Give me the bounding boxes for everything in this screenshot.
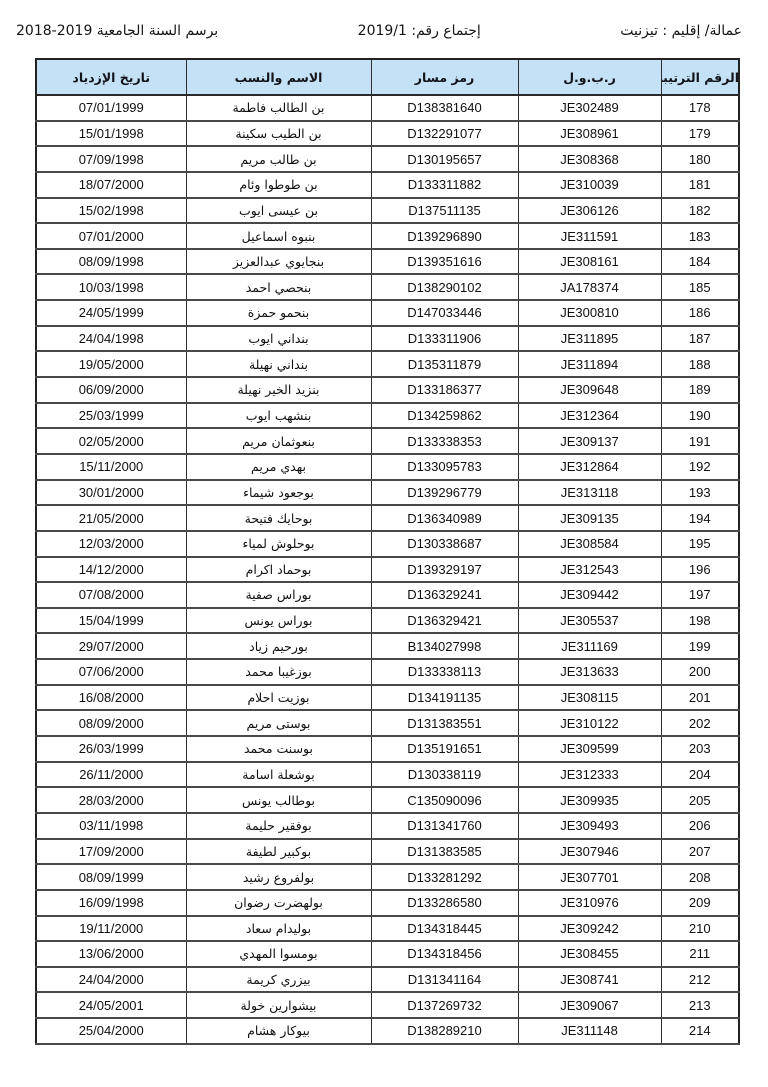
cell-cne-code: JE312333 xyxy=(518,762,661,788)
cell-sequence-number: 195 xyxy=(661,531,739,557)
cell-massar-code: D137269732 xyxy=(371,992,518,1018)
table-row: 188JE311894D135311879بنداني نهيلة19/05/2… xyxy=(36,351,739,377)
table-row: 181JE310039D133311882بن طوطوا وئام18/07/… xyxy=(36,172,739,198)
table-row: 194JE309135D136340989بوحايك فتيحة21/05/2… xyxy=(36,505,739,531)
cell-sequence-number: 208 xyxy=(661,864,739,890)
cell-birth-date: 14/12/2000 xyxy=(36,557,186,583)
cell-student-name: بوكبير لطيفة xyxy=(186,839,371,865)
cell-massar-code: D130195657 xyxy=(371,146,518,172)
cell-sequence-number: 178 xyxy=(661,95,739,121)
cell-massar-code: D139296779 xyxy=(371,480,518,506)
table-row: 212JE308741D131341164بيزري كريمة24/04/20… xyxy=(36,967,739,993)
cell-birth-date: 07/01/2000 xyxy=(36,223,186,249)
cell-sequence-number: 209 xyxy=(661,890,739,916)
table-row: 197JE309442D136329241بوراس صفية07/08/200… xyxy=(36,582,739,608)
cell-birth-date: 15/02/1998 xyxy=(36,198,186,224)
cell-cne-code: JE311169 xyxy=(518,633,661,659)
table-row: 205JE309935C135090096بوطالب يونس28/03/20… xyxy=(36,787,739,813)
cell-massar-code: D147033446 xyxy=(371,300,518,326)
cell-birth-date: 03/11/1998 xyxy=(36,813,186,839)
cell-cne-code: JE312364 xyxy=(518,403,661,429)
cell-massar-code: D134259862 xyxy=(371,403,518,429)
cell-massar-code: D130338687 xyxy=(371,531,518,557)
cell-sequence-number: 188 xyxy=(661,351,739,377)
cell-student-name: بن الطيب سكينة xyxy=(186,121,371,147)
cell-cne-code: JE308741 xyxy=(518,967,661,993)
cell-sequence-number: 196 xyxy=(661,557,739,583)
cell-birth-date: 24/05/2001 xyxy=(36,992,186,1018)
cell-sequence-number: 186 xyxy=(661,300,739,326)
table-head: الرقم الترتيبير.ب.و.لرمز مسارالاسم والنس… xyxy=(36,59,739,95)
cell-birth-date: 10/03/1998 xyxy=(36,274,186,300)
table-body: 178JE302489D138381640بن الطالب فاطمة07/0… xyxy=(36,95,739,1044)
meeting-number-label: إجتماع رقم: 2019/1 xyxy=(358,22,481,40)
column-header: رمز مسار xyxy=(371,59,518,95)
table-row: 193JE313118D139296779بوجعود شيماء30/01/2… xyxy=(36,480,739,506)
cell-sequence-number: 197 xyxy=(661,582,739,608)
cell-massar-code: D133186377 xyxy=(371,377,518,403)
cell-student-name: بوحلوش لمياء xyxy=(186,531,371,557)
cell-cne-code: JE308961 xyxy=(518,121,661,147)
cell-sequence-number: 204 xyxy=(661,762,739,788)
cell-sequence-number: 187 xyxy=(661,326,739,352)
cell-cne-code: JE312864 xyxy=(518,454,661,480)
table-row: 187JE311895D133311906بنداني ايوب24/04/19… xyxy=(36,326,739,352)
cell-cne-code: JE308161 xyxy=(518,249,661,275)
cell-sequence-number: 193 xyxy=(661,480,739,506)
cell-student-name: بوسنت محمد xyxy=(186,736,371,762)
table-row: 183JE311591D139296890بنبوه اسماعيل07/01/… xyxy=(36,223,739,249)
cell-birth-date: 18/07/2000 xyxy=(36,172,186,198)
cell-birth-date: 24/04/2000 xyxy=(36,967,186,993)
cell-birth-date: 19/05/2000 xyxy=(36,351,186,377)
table-row: 189JE309648D133186377بنزيد الخير نهيلة06… xyxy=(36,377,739,403)
table-row: 186JE300810D147033446بنحمو حمزة24/05/199… xyxy=(36,300,739,326)
cell-birth-date: 16/09/1998 xyxy=(36,890,186,916)
cell-cne-code: JE305537 xyxy=(518,608,661,634)
table-row: 206JE309493D131341760بوفقير حليمة03/11/1… xyxy=(36,813,739,839)
cell-student-name: بن عيسى ايوب xyxy=(186,198,371,224)
cell-sequence-number: 180 xyxy=(661,146,739,172)
cell-cne-code: JE313118 xyxy=(518,480,661,506)
cell-cne-code: JE309935 xyxy=(518,787,661,813)
cell-cne-code: JE309067 xyxy=(518,992,661,1018)
table-row: 214JE311148D138289210بيوكار هشام25/04/20… xyxy=(36,1018,739,1044)
cell-student-name: بنعوثمان مريم xyxy=(186,428,371,454)
cell-birth-date: 12/03/2000 xyxy=(36,531,186,557)
cell-student-name: بوفقير حليمة xyxy=(186,813,371,839)
cell-birth-date: 08/09/2000 xyxy=(36,710,186,736)
table-row: 180JE308368D130195657بن طالب مريم07/09/1… xyxy=(36,146,739,172)
table-row: 192JE312864D133095783بهدي مريم15/11/2000 xyxy=(36,454,739,480)
cell-massar-code: D131341760 xyxy=(371,813,518,839)
table-row: 198JE305537D136329421بوراس يونس15/04/199… xyxy=(36,608,739,634)
cell-sequence-number: 214 xyxy=(661,1018,739,1044)
cell-cne-code: JE313633 xyxy=(518,659,661,685)
cell-birth-date: 30/01/2000 xyxy=(36,480,186,506)
cell-student-name: بومسوا المهدي xyxy=(186,941,371,967)
cell-sequence-number: 194 xyxy=(661,505,739,531)
cell-student-name: بوجعود شيماء xyxy=(186,480,371,506)
cell-cne-code: JE309242 xyxy=(518,916,661,942)
cell-student-name: بيزري كريمة xyxy=(186,967,371,993)
table-row: 195JE308584D130338687بوحلوش لمياء12/03/2… xyxy=(36,531,739,557)
cell-cne-code: JE310976 xyxy=(518,890,661,916)
table-row: 207JE307946D131383585بوكبير لطيفة17/09/2… xyxy=(36,839,739,865)
cell-sequence-number: 198 xyxy=(661,608,739,634)
cell-massar-code: D135191651 xyxy=(371,736,518,762)
cell-birth-date: 16/08/2000 xyxy=(36,685,186,711)
cell-student-name: بن طالب مريم xyxy=(186,146,371,172)
cell-cne-code: JE308455 xyxy=(518,941,661,967)
column-header: تاريخ الإزدياد xyxy=(36,59,186,95)
cell-massar-code: D131383585 xyxy=(371,839,518,865)
academic-year-label: برسم السنة الجامعية 2019-2018 xyxy=(16,22,218,40)
cell-birth-date: 07/06/2000 xyxy=(36,659,186,685)
cell-sequence-number: 182 xyxy=(661,198,739,224)
cell-massar-code: D139329197 xyxy=(371,557,518,583)
cell-massar-code: D138290102 xyxy=(371,274,518,300)
cell-sequence-number: 185 xyxy=(661,274,739,300)
table-row: 201JE308115D134191135بوزيت احلام16/08/20… xyxy=(36,685,739,711)
table-row: 178JE302489D138381640بن الطالب فاطمة07/0… xyxy=(36,95,739,121)
cell-cne-code: JA178374 xyxy=(518,274,661,300)
cell-massar-code: D133338113 xyxy=(371,659,518,685)
cell-massar-code: D138381640 xyxy=(371,95,518,121)
cell-massar-code: D131383551 xyxy=(371,710,518,736)
cell-student-name: بنحمو حمزة xyxy=(186,300,371,326)
cell-cne-code: JE312543 xyxy=(518,557,661,583)
cell-student-name: بولفروع رشيد xyxy=(186,864,371,890)
column-header: ر.ب.و.ل xyxy=(518,59,661,95)
cell-massar-code: D133095783 xyxy=(371,454,518,480)
cell-student-name: بوراس يونس xyxy=(186,608,371,634)
cell-cne-code: JE310122 xyxy=(518,710,661,736)
page-header: عمالة/ إقليم : تيزنيت إجتماع رقم: 2019/1… xyxy=(0,0,768,40)
cell-student-name: بوحماد اكرام xyxy=(186,557,371,583)
cell-massar-code: D133311906 xyxy=(371,326,518,352)
table-row: 204JE312333D130338119بوشعلة اسامة26/11/2… xyxy=(36,762,739,788)
cell-cne-code: JE311591 xyxy=(518,223,661,249)
cell-student-name: بوستى مريم xyxy=(186,710,371,736)
cell-sequence-number: 181 xyxy=(661,172,739,198)
cell-birth-date: 24/04/1998 xyxy=(36,326,186,352)
cell-sequence-number: 201 xyxy=(661,685,739,711)
cell-student-name: بنبوه اسماعيل xyxy=(186,223,371,249)
cell-birth-date: 15/04/1999 xyxy=(36,608,186,634)
cell-student-name: بنداني ايوب xyxy=(186,326,371,352)
cell-massar-code: D139351616 xyxy=(371,249,518,275)
table-row: 184JE308161D139351616بنجايوي عبدالعزيز08… xyxy=(36,249,739,275)
cell-sequence-number: 183 xyxy=(661,223,739,249)
cell-sequence-number: 189 xyxy=(661,377,739,403)
cell-birth-date: 15/01/1998 xyxy=(36,121,186,147)
cell-massar-code: D134318445 xyxy=(371,916,518,942)
table-row: 211JE308455D134318456بومسوا المهدي13/06/… xyxy=(36,941,739,967)
cell-sequence-number: 211 xyxy=(661,941,739,967)
table-row: 208JE307701D133281292بولفروع رشيد08/09/1… xyxy=(36,864,739,890)
cell-cne-code: JE309137 xyxy=(518,428,661,454)
cell-cne-code: JE309442 xyxy=(518,582,661,608)
table-row: 203JE309599D135191651بوسنت محمد26/03/199… xyxy=(36,736,739,762)
cell-sequence-number: 212 xyxy=(661,967,739,993)
cell-cne-code: JE311894 xyxy=(518,351,661,377)
table-row: 209JE310976D133286580بولهضرت رضوان16/09/… xyxy=(36,890,739,916)
table-row: 179JE308961D132291077بن الطيب سكينة15/01… xyxy=(36,121,739,147)
cell-cne-code: JE300810 xyxy=(518,300,661,326)
cell-sequence-number: 206 xyxy=(661,813,739,839)
cell-sequence-number: 210 xyxy=(661,916,739,942)
cell-cne-code: JE309648 xyxy=(518,377,661,403)
cell-massar-code: D136340989 xyxy=(371,505,518,531)
table-row: 200JE313633D133338113بوزغيبا محمد07/06/2… xyxy=(36,659,739,685)
cell-massar-code: D133338353 xyxy=(371,428,518,454)
table-row: 185JA178374D138290102بنحصي احمد10/03/199… xyxy=(36,274,739,300)
cell-birth-date: 24/05/1999 xyxy=(36,300,186,326)
cell-massar-code: D133286580 xyxy=(371,890,518,916)
table-row: 190JE312364D134259862بنشهب ايوب25/03/199… xyxy=(36,403,739,429)
cell-cne-code: JE308368 xyxy=(518,146,661,172)
table-row: 199JE311169B134027998بورحيم زياد29/07/20… xyxy=(36,633,739,659)
table-header-row: الرقم الترتيبير.ب.و.لرمز مسارالاسم والنس… xyxy=(36,59,739,95)
cell-student-name: بن الطالب فاطمة xyxy=(186,95,371,121)
cell-cne-code: JE309135 xyxy=(518,505,661,531)
cell-student-name: بنداني نهيلة xyxy=(186,351,371,377)
cell-sequence-number: 184 xyxy=(661,249,739,275)
cell-massar-code: D136329241 xyxy=(371,582,518,608)
cell-birth-date: 29/07/2000 xyxy=(36,633,186,659)
cell-sequence-number: 190 xyxy=(661,403,739,429)
cell-massar-code: D133311882 xyxy=(371,172,518,198)
cell-birth-date: 25/04/2000 xyxy=(36,1018,186,1044)
cell-student-name: بوراس صفية xyxy=(186,582,371,608)
cell-massar-code: C135090096 xyxy=(371,787,518,813)
cell-birth-date: 19/11/2000 xyxy=(36,916,186,942)
cell-student-name: بوليدام سعاد xyxy=(186,916,371,942)
cell-sequence-number: 191 xyxy=(661,428,739,454)
cell-student-name: بوطالب يونس xyxy=(186,787,371,813)
table-row: 213JE309067D137269732بيشوارين خولة24/05/… xyxy=(36,992,739,1018)
cell-student-name: بوشعلة اسامة xyxy=(186,762,371,788)
cell-student-name: بنجايوي عبدالعزيز xyxy=(186,249,371,275)
table-row: 191JE309137D133338353بنعوثمان مريم02/05/… xyxy=(36,428,739,454)
cell-sequence-number: 203 xyxy=(661,736,739,762)
cell-birth-date: 26/03/1999 xyxy=(36,736,186,762)
cell-sequence-number: 202 xyxy=(661,710,739,736)
cell-student-name: بوزيت احلام xyxy=(186,685,371,711)
cell-birth-date: 17/09/2000 xyxy=(36,839,186,865)
cell-birth-date: 13/06/2000 xyxy=(36,941,186,967)
cell-birth-date: 07/09/1998 xyxy=(36,146,186,172)
cell-sequence-number: 179 xyxy=(661,121,739,147)
cell-massar-code: D135311879 xyxy=(371,351,518,377)
cell-birth-date: 21/05/2000 xyxy=(36,505,186,531)
cell-massar-code: D137511135 xyxy=(371,198,518,224)
cell-cne-code: JE302489 xyxy=(518,95,661,121)
cell-student-name: بيشوارين خولة xyxy=(186,992,371,1018)
cell-birth-date: 25/03/1999 xyxy=(36,403,186,429)
cell-cne-code: JE311895 xyxy=(518,326,661,352)
table-row: 202JE310122D131383551بوستى مريم08/09/200… xyxy=(36,710,739,736)
cell-massar-code: D134318456 xyxy=(371,941,518,967)
cell-student-name: بوحايك فتيحة xyxy=(186,505,371,531)
cell-cne-code: JE309493 xyxy=(518,813,661,839)
cell-student-name: بنحصي احمد xyxy=(186,274,371,300)
cell-massar-code: D138289210 xyxy=(371,1018,518,1044)
cell-sequence-number: 200 xyxy=(661,659,739,685)
cell-cne-code: JE308584 xyxy=(518,531,661,557)
student-roster-table: الرقم الترتيبير.ب.و.لرمز مسارالاسم والنس… xyxy=(35,58,740,1045)
table-row: 182JE306126D137511135بن عيسى ايوب15/02/1… xyxy=(36,198,739,224)
cell-birth-date: 02/05/2000 xyxy=(36,428,186,454)
cell-cne-code: JE310039 xyxy=(518,172,661,198)
table-row: 196JE312543D139329197بوحماد اكرام14/12/2… xyxy=(36,557,739,583)
cell-massar-code: D134191135 xyxy=(371,685,518,711)
cell-massar-code: D132291077 xyxy=(371,121,518,147)
cell-student-name: بيوكار هشام xyxy=(186,1018,371,1044)
cell-student-name: بنزيد الخير نهيلة xyxy=(186,377,371,403)
cell-cne-code: JE308115 xyxy=(518,685,661,711)
cell-cne-code: JE306126 xyxy=(518,198,661,224)
cell-massar-code: D133281292 xyxy=(371,864,518,890)
cell-sequence-number: 199 xyxy=(661,633,739,659)
cell-cne-code: JE307946 xyxy=(518,839,661,865)
cell-massar-code: D139296890 xyxy=(371,223,518,249)
cell-student-name: بن طوطوا وئام xyxy=(186,172,371,198)
cell-student-name: بورحيم زياد xyxy=(186,633,371,659)
cell-massar-code: D131341164 xyxy=(371,967,518,993)
cell-sequence-number: 192 xyxy=(661,454,739,480)
cell-cne-code: JE311148 xyxy=(518,1018,661,1044)
cell-massar-code: D130338119 xyxy=(371,762,518,788)
cell-student-name: بهدي مريم xyxy=(186,454,371,480)
cell-birth-date: 26/11/2000 xyxy=(36,762,186,788)
table-row: 210JE309242D134318445بوليدام سعاد19/11/2… xyxy=(36,916,739,942)
column-header: الرقم الترتيبي xyxy=(661,59,739,95)
cell-birth-date: 07/01/1999 xyxy=(36,95,186,121)
cell-student-name: بنشهب ايوب xyxy=(186,403,371,429)
region-label: عمالة/ إقليم : تيزنيت xyxy=(620,22,742,40)
cell-sequence-number: 207 xyxy=(661,839,739,865)
cell-birth-date: 28/03/2000 xyxy=(36,787,186,813)
column-header: الاسم والنسب xyxy=(186,59,371,95)
cell-cne-code: JE309599 xyxy=(518,736,661,762)
cell-massar-code: D136329421 xyxy=(371,608,518,634)
cell-birth-date: 15/11/2000 xyxy=(36,454,186,480)
cell-cne-code: JE307701 xyxy=(518,864,661,890)
document-page: عمالة/ إقليم : تيزنيت إجتماع رقم: 2019/1… xyxy=(0,0,768,1087)
cell-sequence-number: 205 xyxy=(661,787,739,813)
cell-student-name: بولهضرت رضوان xyxy=(186,890,371,916)
cell-birth-date: 08/09/1999 xyxy=(36,864,186,890)
cell-massar-code: B134027998 xyxy=(371,633,518,659)
cell-sequence-number: 213 xyxy=(661,992,739,1018)
cell-birth-date: 07/08/2000 xyxy=(36,582,186,608)
cell-student-name: بوزغيبا محمد xyxy=(186,659,371,685)
cell-birth-date: 08/09/1998 xyxy=(36,249,186,275)
cell-birth-date: 06/09/2000 xyxy=(36,377,186,403)
